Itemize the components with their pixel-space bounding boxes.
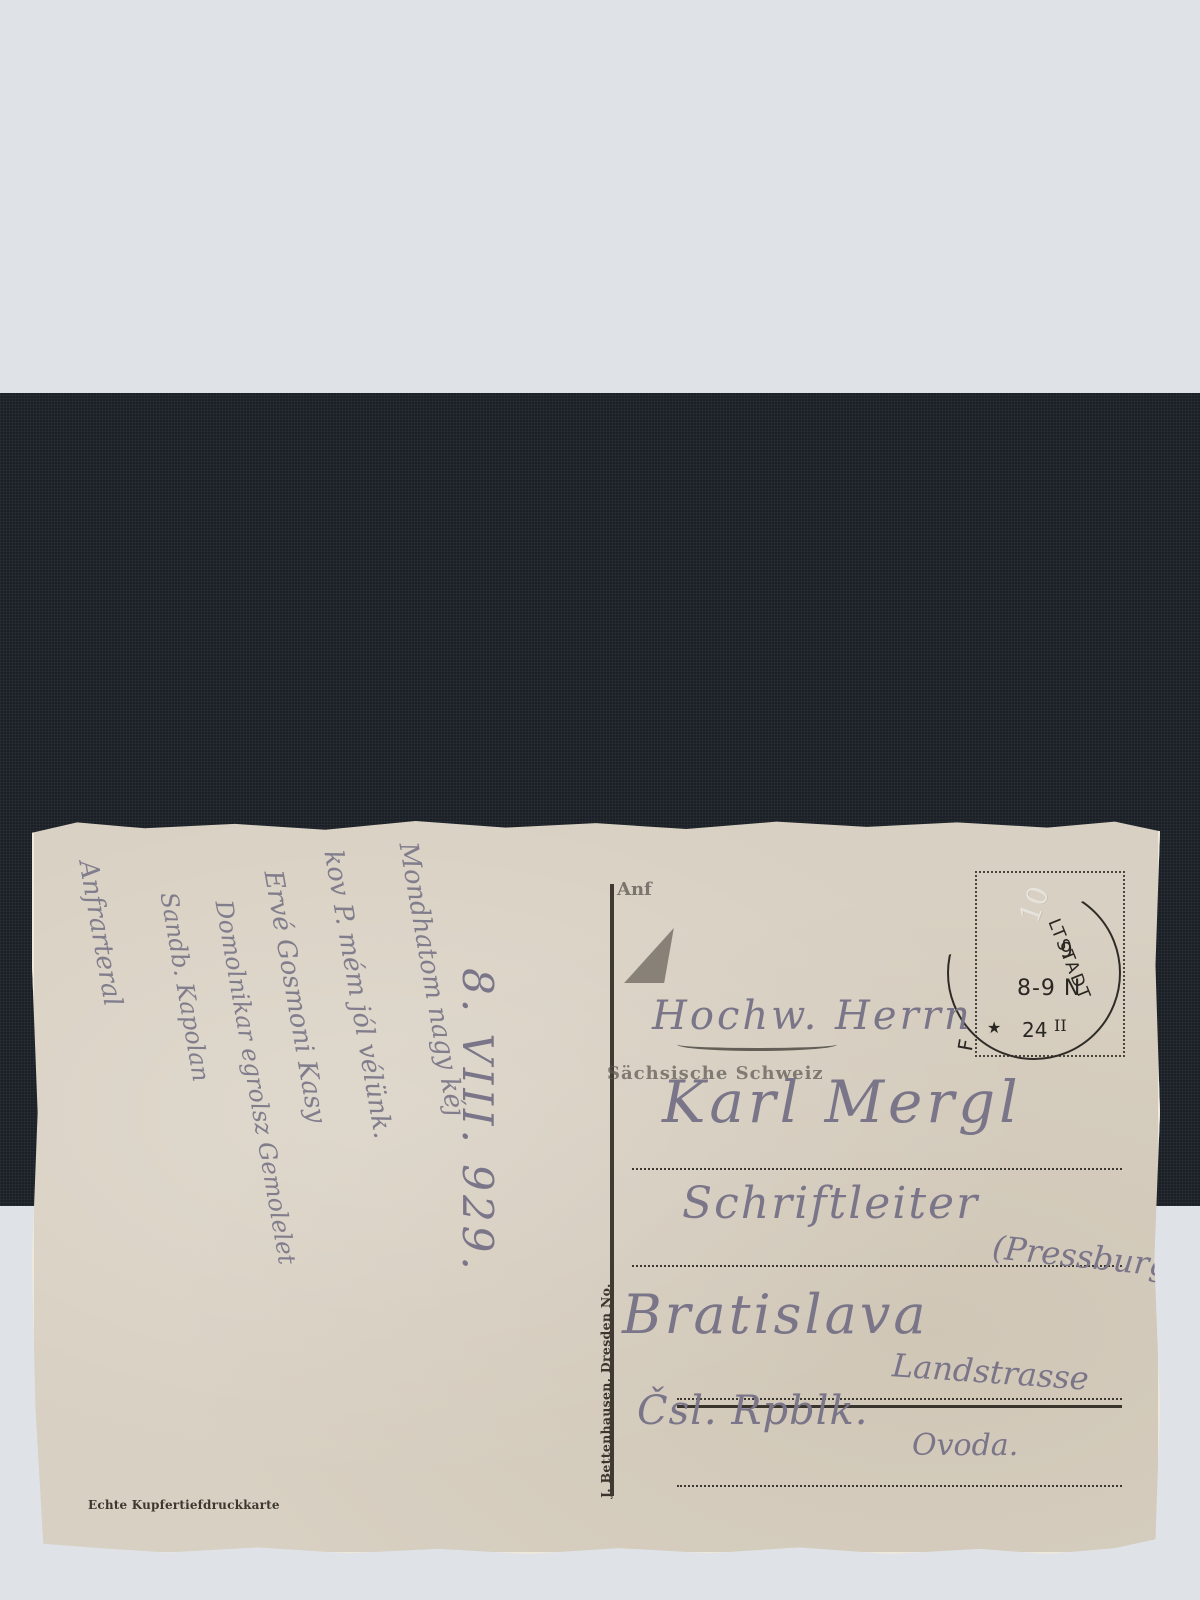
address-title: Schriftleiter xyxy=(682,1178,979,1229)
address-salutation: Hochw. Herrn xyxy=(652,993,973,1039)
message-column-5: kov P. mém jól vélünk. xyxy=(317,848,397,1141)
photo-background: Anfrarteral Sandb. Kapolan Domolnikar eg… xyxy=(0,393,1200,1206)
postmark-time: 8-9 N xyxy=(1017,976,1081,1001)
address-name: Karl Mergl xyxy=(662,1068,1022,1136)
card-type-label: Echte Kupfertiefdruckkarte xyxy=(88,1498,280,1512)
address-street: Landstrasse xyxy=(891,1346,1090,1398)
postmark-day: 9 xyxy=(1060,938,1073,962)
postmark-star-icon: ★ xyxy=(987,1018,1001,1037)
boat-hull-icon xyxy=(677,1038,837,1051)
address-locality: Ovoda. xyxy=(912,1428,1018,1463)
address-line-1 xyxy=(632,1168,1122,1170)
postmark-roman: II xyxy=(1054,1016,1067,1035)
address-city-note: (Pressburg) xyxy=(991,1228,1184,1286)
message-column-1: Anfrarteral xyxy=(72,858,127,1009)
cachet-top-text: Anf xyxy=(617,879,652,900)
message-date: 8. VIII. 929. xyxy=(453,968,502,1274)
message-column-2: Sandb. Kapolan xyxy=(154,890,215,1084)
address-city: Bratislava xyxy=(622,1283,929,1346)
publisher-imprint: J. Bettenhausen, Dresden No. xyxy=(598,1283,613,1498)
postcard: Anfrarteral Sandb. Kapolan Domolnikar eg… xyxy=(32,818,1160,1554)
address-line-4 xyxy=(677,1485,1122,1487)
sailboat-icon xyxy=(624,928,674,983)
postmark-year: 24 xyxy=(1022,1018,1047,1042)
address-country: Čsl. Rpblk. xyxy=(637,1388,868,1434)
